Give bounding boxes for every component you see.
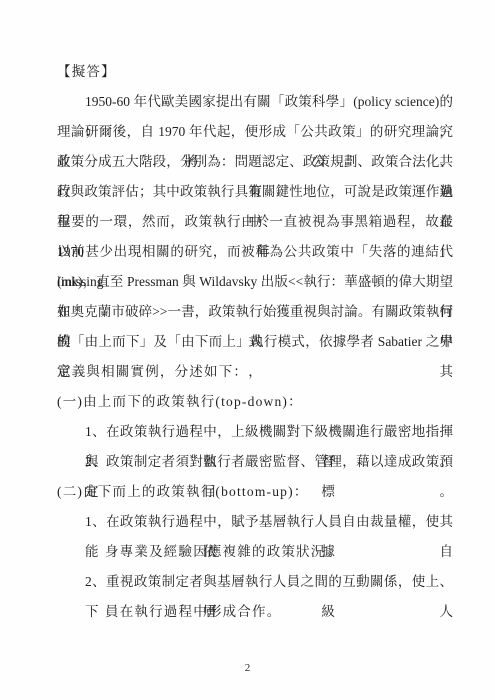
text-line: 1950-60 年代歐美國家提出有關「政策科學」(policy science)… bbox=[85, 87, 453, 117]
text-line: 的「由上而下」及「由下而上」執行模式，依據學者 Sabatier 之界定，其 bbox=[57, 327, 453, 357]
text-line: 在奧克蘭市破碎>>一書，政策執行始獲重視與討論。有關政策執行模式中 bbox=[57, 297, 453, 327]
text-line: link)，直至 Pressman 與 Wildavsky 出版<<執行：華盛頓… bbox=[57, 267, 453, 297]
answer-heading: 【擬答】 bbox=[57, 57, 453, 87]
text-line: 以前甚少出現相關的研究，而被稱為公共政策中「失落的連結」(missing bbox=[57, 237, 453, 267]
text-line: 行與政策評估；其中政策執行具有關鍵性地位，可說是政策運作過程中最 bbox=[57, 177, 453, 207]
text-line: 1、在政策執行過程中，上級機關對下級機關進行嚴密地指揮與監督。 bbox=[85, 417, 453, 447]
text-line: 理論；爾後，自 1970 年代起，便形成「公共政策」的研究理論，並將公共 bbox=[57, 117, 453, 147]
text-line: 2、重視政策制定者與基層執行人員之間的互動關係，使上、下層級人 bbox=[85, 567, 453, 597]
page-number: 2 bbox=[0, 662, 495, 674]
text-line: 2、政策制定者須對執行者嚴密監督、管理，藉以達成政策預定目標。 bbox=[85, 447, 453, 477]
text-line: 政策分成五大階段，分別為：問題認定、政策規劃、政策合法化、政策執 bbox=[57, 147, 453, 177]
text-line: (一)由上而下的政策執行(top-down)： bbox=[57, 387, 453, 417]
text-line: 重要的一環，然而，政策執行由於一直被視為事黑箱過程，故在 1970 年代 bbox=[57, 207, 453, 237]
document-body: 【擬答】 1950-60 年代歐美國家提出有關「政策科學」(policy sci… bbox=[57, 57, 453, 627]
text-line: 1、在政策執行過程中，賦予基層執行人員自由裁量權，使其能依據自 bbox=[85, 507, 453, 537]
document-page: 【擬答】 1950-60 年代歐美國家提出有關「政策科學」(policy sci… bbox=[0, 0, 495, 700]
body-lines: 1950-60 年代歐美國家提出有關「政策科學」(policy science)… bbox=[57, 87, 453, 627]
